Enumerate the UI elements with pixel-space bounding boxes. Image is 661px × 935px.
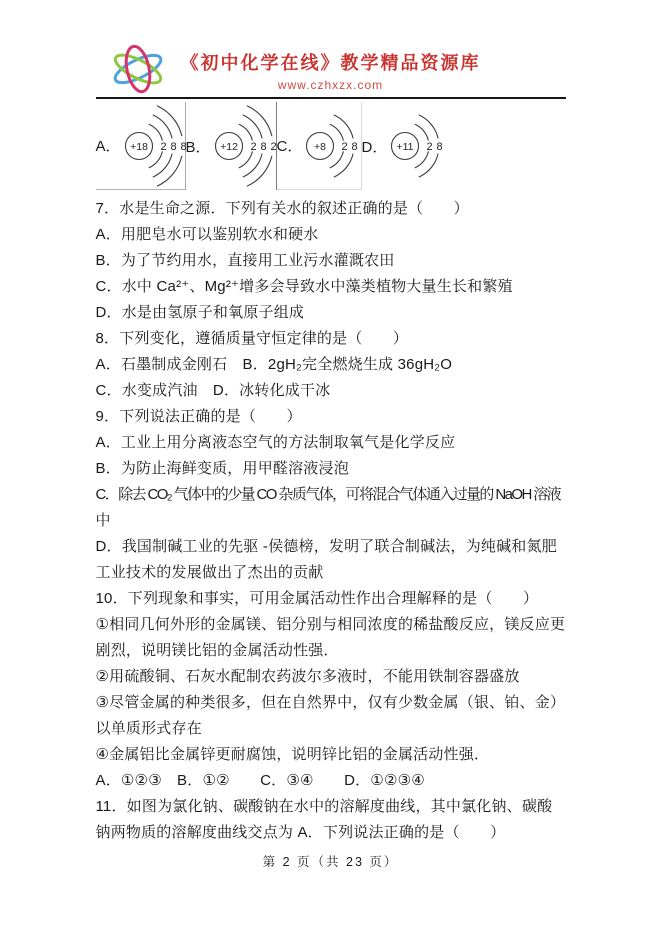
svg-text:8: 8 bbox=[170, 141, 176, 153]
question-7-option-b: B．为了节约用水，直接用工业污水灌溉农田 bbox=[96, 248, 566, 274]
question-9-option-c: C．除去 CO₂ 气体中的少量 CO 杂质气体，可将混合气体通入过量的 NaOH… bbox=[96, 482, 566, 534]
svg-text:+18: +18 bbox=[130, 140, 148, 152]
svg-text:8: 8 bbox=[351, 141, 357, 153]
question-7-stem: 7．水是生命之源．下列有关水的叙述正确的是（ ） bbox=[96, 196, 566, 222]
atom-logo-icon bbox=[99, 44, 177, 92]
question-7-option-a: A．用肥皂水可以鉴别软水和硬水 bbox=[96, 222, 566, 248]
page-number: 第 2 页（共 23 页） bbox=[0, 852, 661, 870]
question-10-stem: 10．下列现象和事实，可用金属活动性作出合理解释的是（ ） bbox=[96, 586, 566, 612]
svg-text:2: 2 bbox=[341, 141, 347, 153]
question-10-item-1: ①相同几何外形的金属镁、铝分别与相同浓度的稀盐酸反应，镁反应更剧烈，说明镁比铝的… bbox=[96, 612, 566, 664]
atomic-option-b: B． +12282 bbox=[186, 102, 277, 190]
atomic-option-c: C． +828 bbox=[277, 102, 362, 190]
atomic-structure-diagram-c: +828 bbox=[303, 103, 361, 189]
option-label-b: B． bbox=[186, 136, 212, 157]
question-8-stem: 8．下列变化，遵循质量守恒定律的是（ ） bbox=[96, 326, 566, 352]
svg-text:2: 2 bbox=[270, 141, 276, 153]
question-6-atomic-structure-options: A． +18288 B． +12282 C． +828 D． +1128 bbox=[96, 102, 566, 190]
svg-text:+11: +11 bbox=[396, 141, 413, 153]
option-label-c: C． bbox=[277, 135, 303, 156]
svg-text:+12: +12 bbox=[220, 141, 238, 153]
atomic-option-a: A． +18288 bbox=[96, 102, 186, 190]
svg-text:8: 8 bbox=[260, 141, 266, 153]
question-7-option-c: C．水中 Ca²⁺、Mg²⁺增多会导致水中藻类植物大量生长和繁殖 bbox=[96, 274, 566, 300]
svg-text:+8: +8 bbox=[314, 140, 326, 152]
option-label-a: A． bbox=[96, 135, 122, 156]
questions-body: 7．水是生命之源．下列有关水的叙述正确的是（ ） A．用肥皂水可以鉴别软水和硬水… bbox=[96, 196, 566, 846]
site-header: 《初中化学在线》教学精品资源库 www.czhxzx.com bbox=[96, 44, 566, 99]
svg-text:2: 2 bbox=[426, 141, 432, 153]
question-11-stem: 11．如图为氯化钠、碳酸钠在水中的溶解度曲线，其中氯化钠、碳酸钠两物质的溶解度曲… bbox=[96, 794, 566, 846]
question-10-item-2: ②用硫酸铜、石灰水配制农药波尔多液时，不能用铁制容器盛放 bbox=[96, 664, 566, 690]
atomic-structure-diagram-d: +1128 bbox=[388, 103, 446, 189]
atomic-structure-diagram-b: +12282 bbox=[212, 103, 276, 189]
svg-text:2: 2 bbox=[250, 141, 256, 153]
question-8-options-ab: A．石墨制成金刚石 B．2gH₂完全燃烧生成 36gH₂O bbox=[96, 352, 566, 378]
atomic-option-d: D． +1128 bbox=[362, 102, 462, 190]
question-9-option-d: D．我国制碱工业的先驱 -侯德榜，发明了联合制碱法，为纯碱和氮肥工业技术的发展做… bbox=[96, 534, 566, 586]
svg-text:2: 2 bbox=[160, 141, 166, 153]
question-10-options: A．①②③ B．①② C．③④ D．①②③④ bbox=[96, 768, 566, 794]
atomic-structure-diagram-a: +18288 bbox=[122, 103, 186, 189]
question-9-stem: 9．下列说法正确的是（ ） bbox=[96, 404, 566, 430]
question-10-item-3: ③尽管金属的种类很多，但在自然界中，仅有少数金属（银、铂、金）以单质形式存在 bbox=[96, 690, 566, 742]
question-9-option-a: A．工业上用分离液态空气的方法制取氧气是化学反应 bbox=[96, 430, 566, 456]
exam-document-page: 《初中化学在线》教学精品资源库 www.czhxzx.com A． +18288… bbox=[0, 0, 661, 935]
svg-text:8: 8 bbox=[436, 141, 442, 153]
option-label-d: D． bbox=[362, 136, 388, 157]
question-10-item-4: ④金属铝比金属锌更耐腐蚀，说明锌比铝的金属活动性强． bbox=[96, 742, 566, 768]
question-7-option-d: D．水是由氢原子和氧原子组成 bbox=[96, 300, 566, 326]
question-9-option-b: B．为防止海鲜变质，用甲醛溶液浸泡 bbox=[96, 456, 566, 482]
question-8-options-cd: C．水变成汽油 D．冰转化成干冰 bbox=[96, 378, 566, 404]
